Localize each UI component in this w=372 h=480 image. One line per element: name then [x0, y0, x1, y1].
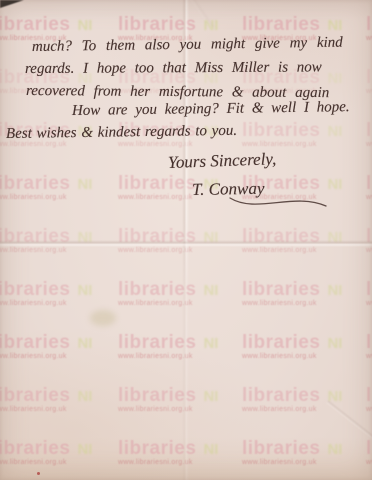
- letter-body: much? To them also you might give my kin…: [0, 0, 372, 480]
- signature-flourish: [228, 190, 332, 216]
- letter-line: Best wishes & kindest regards to you.: [6, 123, 237, 143]
- letter-closing: Yours Sincerely,: [168, 149, 277, 173]
- scanned-letter-page: librariesNIwww.librariesni.org.uklibrari…: [0, 0, 372, 480]
- letter-line: How are you keeping? Fit & well I hope.: [72, 99, 350, 120]
- letter-line: regards. I hope too that Miss Miller is …: [25, 59, 322, 78]
- letter-line: much? To them also you might give my kin…: [32, 35, 343, 56]
